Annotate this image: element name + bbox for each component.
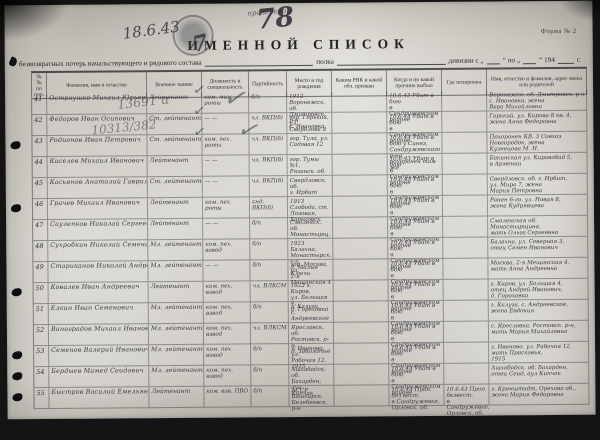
table-cell-birth: гор. Тула, ул. Садовая 12 xyxy=(287,134,332,155)
table-cell-rank: Лейтенант xyxy=(149,282,204,303)
table-cell-no: 49 xyxy=(33,262,48,283)
table-cell-no: 54 xyxy=(34,367,49,388)
table-cell-family: Воронежск. об. Дмитровск. р-н с. Ивановк… xyxy=(487,90,587,112)
table-cell-party: чл. ВКП(б) xyxy=(249,113,287,134)
table-cell-no: 46 xyxy=(33,199,48,220)
table-cell-buried xyxy=(442,112,487,133)
table-cell-name: Грачев Михаил Иванович xyxy=(48,198,148,220)
table-cell-rank: Мл. лейтенант xyxy=(148,261,203,282)
table-cell-name: Касьянов Анатолий Гаврилов.нет xyxy=(48,177,148,199)
table-cell-party: чл. ВЛКСМ xyxy=(251,281,289,302)
table-cell-name: Федоров Иван Осипович xyxy=(47,114,147,136)
subtitle-year: “ 194 xyxy=(539,56,555,64)
table-cell-family: г. Калуга, с. Андреевское, жена Евдокия xyxy=(489,300,589,322)
table-cell-duty: ком. пех. роты xyxy=(202,134,249,155)
blank-line-regiment xyxy=(205,58,314,67)
table-cell-rvk xyxy=(334,322,389,343)
table-cell-rvk xyxy=(334,343,389,364)
table-cell-rank: Мл. лейтенант xyxy=(148,240,203,261)
table-cell-buried xyxy=(444,322,489,343)
table-cell-no: 55 xyxy=(34,388,49,409)
table-cell-duty: — — xyxy=(203,260,250,281)
table-cell-birth: 1912 Воронежск. об. Дмитровск. р-н с. Ив… xyxy=(287,92,332,113)
table-cell-party: кнд. ВКП(б) xyxy=(250,197,288,218)
table-cell-family: Ашхабадск. об. Бахарден, отец Сеид, аул … xyxy=(489,363,589,385)
table-cell-duty: ком. пех. взвод xyxy=(204,365,251,386)
table-cell-no: 50 xyxy=(34,283,49,304)
table-cell-party: б/п xyxy=(251,386,289,407)
table-cell-no: 47 xyxy=(33,220,48,241)
table-cell-rvk xyxy=(334,364,389,385)
table-cell-buried xyxy=(444,301,489,322)
table-cell-when: 10.6.43 Убит в бою в Сандружевском район… xyxy=(389,322,444,343)
table-cell-rvk xyxy=(332,133,387,154)
pen-checkmark: ✓ xyxy=(193,107,206,115)
table-cell-rvk xyxy=(334,280,389,301)
table-cell-rvk xyxy=(334,301,389,322)
table-cell-buried xyxy=(442,133,487,154)
table-cell-family: Ранен 6-го, ул. Новая 8, жена Кудрявцева xyxy=(488,195,588,217)
table-cell-party: б/п xyxy=(249,92,287,113)
subtitle-g: г. xyxy=(577,56,581,64)
table-cell-name: Киселев Михаил Иванович xyxy=(48,156,148,178)
table-cell-rvk xyxy=(333,154,388,175)
table-cell-duty: ком. пех. взвод xyxy=(204,302,251,323)
table-cell-when: 10.6.43 Убит в бою в Сандружевском район… xyxy=(387,91,442,112)
subtitle-division: дивизии с „ xyxy=(448,57,483,65)
table-cell-buried xyxy=(443,196,488,217)
table-cell-birth: г. Иваново, ул. Рабочая 12, 1915 xyxy=(289,344,334,365)
table-cell-duty: ком. пех. взвод xyxy=(204,344,251,365)
table-cell-name: Сауленков Николай Сергеев.нет xyxy=(48,219,148,241)
subtitle-polka: полка xyxy=(316,58,334,66)
table-cell-buried xyxy=(443,217,488,238)
table-cell-when: 10.6.43 Убит в бою в Сандружевском район… xyxy=(388,217,443,238)
table-cell-rank: Лейтенант xyxy=(149,387,204,408)
table-cell-family: г. Кронштадт, Орехово об., жена Мария Фе… xyxy=(489,384,589,406)
table-cell-buried: 10.6.43 Проп. безвест. в Сандружевке, Ор… xyxy=(444,385,489,406)
table-cell-family: Смоленская об. Монастырщина, мать Ольга … xyxy=(488,216,588,238)
table-cell-name: Елкин Иван Семеновичнет xyxy=(49,303,149,325)
table-cell-rvk xyxy=(332,91,387,112)
blank-line-year xyxy=(558,56,574,64)
table-cell-duty: ком. мин. роты xyxy=(202,92,249,113)
table-cell-buried xyxy=(444,280,489,301)
table-cell-when: 10.6.43 Убит в бою в Сандружевском район… xyxy=(389,364,444,385)
table-cell-party: б/п xyxy=(250,239,288,260)
table-cell-duty: ком. пех. взвод xyxy=(203,239,250,260)
table-cell-no: 48 xyxy=(33,241,48,262)
table-cell-birth: Ярославск. об. Ростовск. р-н, д. Заболот… xyxy=(289,323,334,344)
table-cell-name: Родионов Иван Петровичнет xyxy=(47,135,147,157)
table-cell-name: Стариканов Николай Андреев. xyxy=(48,261,148,283)
subtitle-lead: безвозвратных потерь начальствующего и р… xyxy=(19,59,202,68)
table-cell-party: б/п xyxy=(251,344,289,365)
table-cell-when: 10.6.43 Убит в бою в Сандружевском район… xyxy=(387,112,442,133)
table-cell-no: 41 xyxy=(32,94,47,115)
ink-blot xyxy=(11,204,21,212)
table-cell-when: 10.6.43 Проп. без вест. в Сандружевке, О… xyxy=(389,385,444,406)
table-cell-rank: Лейтенант xyxy=(148,219,203,240)
table-cell-family: Свердловск. об. г. Ирбит, ул. Мира 7, же… xyxy=(488,174,588,196)
table-cell-name: Бердыев Мамед Сеидовичнет xyxy=(49,366,149,388)
table-cell-name: Виноградов Михаил Ивановичнет xyxy=(49,324,149,346)
table-cell-party: чл. ВКП(б) xyxy=(250,155,288,176)
pen-checkmark: ✓ xyxy=(193,128,206,136)
table-cell-when: 10.6.43 Убит в бою в Сандружевском район… xyxy=(389,280,444,301)
table-cell-family: Горький, ул. Кирова 8 кв. 4, жена Анна Ф… xyxy=(487,111,587,133)
table-cell-birth: гор. Тумы №1, Рязанск. об. xyxy=(288,155,333,176)
table-cell-rank: Ст. лейтенант✓ xyxy=(147,135,202,156)
table-cell-birth: г. Калуга, с. Андреевское xyxy=(289,302,334,323)
table-cell-no: 52 xyxy=(34,325,49,346)
table-cell-family: Москва, 2-я Мещанская 4, мать Анна Андре… xyxy=(488,258,588,280)
table-cell-party: б/п xyxy=(251,302,289,323)
table-cell-rvk xyxy=(332,112,387,133)
table-cell-no: 44 xyxy=(33,157,48,178)
table-cell-rvk xyxy=(334,385,389,406)
table-cell-no: 53 xyxy=(34,346,49,367)
casualty-table: №№ по пор.Фамилия, имя и отчествоВоенное… xyxy=(31,67,590,409)
pen-checkmark: ✓ xyxy=(193,86,206,94)
blank-line-date-from xyxy=(487,56,500,64)
table-cell-family: Балахна, ул. Северная 3, отец Семен Иван… xyxy=(488,237,588,259)
table-cell-rank: Ст. лейтенант xyxy=(148,177,203,198)
table-cell-duty: ком. пех. роты xyxy=(203,197,250,218)
table-cell-duty: — — xyxy=(203,176,250,197)
table-cell-rank: Лейтенант xyxy=(148,156,203,177)
table-cell-birth: АССР Башкирск. Белебеевск. р-н xyxy=(289,386,334,407)
table-cell-when: 10.6.43 Убит в бою в Сандружевском район… xyxy=(388,154,443,175)
table-cell-name: Остроушко Михаил Юрьев. xyxy=(47,93,147,115)
table-cell-family: г. Иваново, ул. Рабочая 12, мать Прасков… xyxy=(489,342,589,364)
table-cell-rvk xyxy=(333,196,388,217)
subtitle-po: “ по „ xyxy=(503,56,520,64)
table-cell-no: 42 xyxy=(32,115,47,136)
table-cell-birth: 1923 Балахна, Монастырск. с-с, д. Малые … xyxy=(288,239,333,260)
form-subtitle: безвозвратных потерь начальствующего и р… xyxy=(19,56,581,68)
table-cell-buried xyxy=(443,259,488,280)
table-cell-when: 10.6.43 Убит в бою в Сандружевском район… xyxy=(389,301,444,322)
ink-blot xyxy=(12,393,22,401)
table-cell-rvk xyxy=(333,175,388,196)
table-cell-when: 10.6.43 Убит в бою в Сандружевском район… xyxy=(388,259,443,280)
table-cell-buried xyxy=(442,91,487,112)
table-cell-no: 45 xyxy=(33,178,48,199)
table-cell-name: Ковалев Иван Андреевичнет xyxy=(49,282,149,304)
table-cell-party: чл. ВКП(б) xyxy=(249,134,287,155)
table-cell-party: б/п xyxy=(251,365,289,386)
ink-blot xyxy=(12,288,22,296)
table-cell-when: 10.6.43 Убит в бою в Сандружевском район… xyxy=(388,196,443,217)
table-cell-no: 51 xyxy=(34,304,49,325)
table-cell-birth: 1913 Слобода, ст. Лозовая, Харьковск. xyxy=(288,197,333,218)
table-cell-birth: гор. Горький, ул. Свердлова 8 xyxy=(287,113,332,134)
table-cell-buried xyxy=(443,238,488,259)
table-cell-rvk xyxy=(333,238,388,259)
table-cell-duty: ком. взв. ПВО xyxy=(204,386,251,407)
table-cell-party: б/п xyxy=(250,260,288,281)
table-cell-family: Похоронен КВ. 3 Совхоз Новгородок, жена … xyxy=(487,132,587,154)
table-cell-rank: Мл. лейтенант xyxy=(149,366,204,387)
table-cell-name: Семенов Валерий Ивановичнет xyxy=(49,345,149,367)
table-cell-rank: Лейтенант xyxy=(148,198,203,219)
table-cell-family: г. Киров, ул. Большая 4, отец Андрей Ива… xyxy=(489,279,589,301)
table-cell-birth: Свердловск. об. г. Ирбит xyxy=(288,176,333,197)
blank-line-date-to xyxy=(523,56,536,64)
blank-line-division xyxy=(337,57,446,66)
pen-mark xyxy=(8,56,18,67)
table-cell-buried xyxy=(443,175,488,196)
table-cell-duty: ком. пех. взвод xyxy=(204,281,251,302)
table-cell-duty: — — xyxy=(202,113,249,134)
table-cell-when: 10.6.43 Убит в бою в Сандружевском район… xyxy=(388,238,443,259)
table-cell-rank: Мл. лейтенант xyxy=(149,303,204,324)
table-cell-family: с. Ярославка, Ростовск. р-н, мать Мария … xyxy=(489,321,589,343)
table-cell-rank: Мл. лейтенант xyxy=(149,345,204,366)
table-cell-rvk xyxy=(333,217,388,238)
table-cell-duty: — — xyxy=(203,218,250,239)
page-title: ИМЕННОЙ СПИСОК xyxy=(5,35,593,56)
table-cell-no: 43 xyxy=(32,136,47,157)
table-cell-birth: гор. Москва, ул. 2-я Мещанская 4 xyxy=(288,260,333,281)
table-cell-rank: Мл. лейтенант xyxy=(149,324,204,345)
table-cell-name: Сухробкин Николай Семенов.нет xyxy=(48,240,148,262)
table-cell-when: 10.6.43 Убит в бою в Сандружевском район… xyxy=(389,343,444,364)
table-cell-when: 10.6.43 Убит в бою в Сандружевском район… xyxy=(388,175,443,196)
table-cell-birth: Ашхабадск. об. Бахарден, аул Кипчак xyxy=(289,365,334,386)
table-cell-buried xyxy=(443,154,488,175)
ink-blot xyxy=(10,141,20,149)
table-cell-name: Быстров Василий Емельянов. xyxy=(49,387,149,409)
ink-blot xyxy=(12,372,22,380)
table-cell-when: 10.6.43 Убит в бою у Синез, Сандружевско… xyxy=(387,133,442,154)
table-cell-family: Бакинская ул. Кировобад 5, в Армении xyxy=(488,153,588,175)
scanned-document-page: Форма № 2 ИМЕННОЙ СПИСОК безвозвратных п… xyxy=(4,1,595,420)
table-cell-party: б/п xyxy=(250,218,288,239)
table-cell-birth: Смоленск. об. Монастырщ. xyxy=(288,218,333,239)
table-cell-duty: — — xyxy=(203,155,250,176)
table-cell-party: чл. ВКП(б) xyxy=(250,176,288,197)
table-cell-party: чл. ВЛКСМ xyxy=(251,323,289,344)
ink-blot xyxy=(12,351,22,359)
table-cell-birth: 1922 г. Киров, ул. Большая 4, д. Горохов… xyxy=(289,281,334,302)
table-cell-buried xyxy=(444,343,489,364)
table-cell-rvk xyxy=(333,259,388,280)
table-cell-buried xyxy=(444,364,489,385)
table-cell-duty: ком. пех. взвод xyxy=(204,323,251,344)
